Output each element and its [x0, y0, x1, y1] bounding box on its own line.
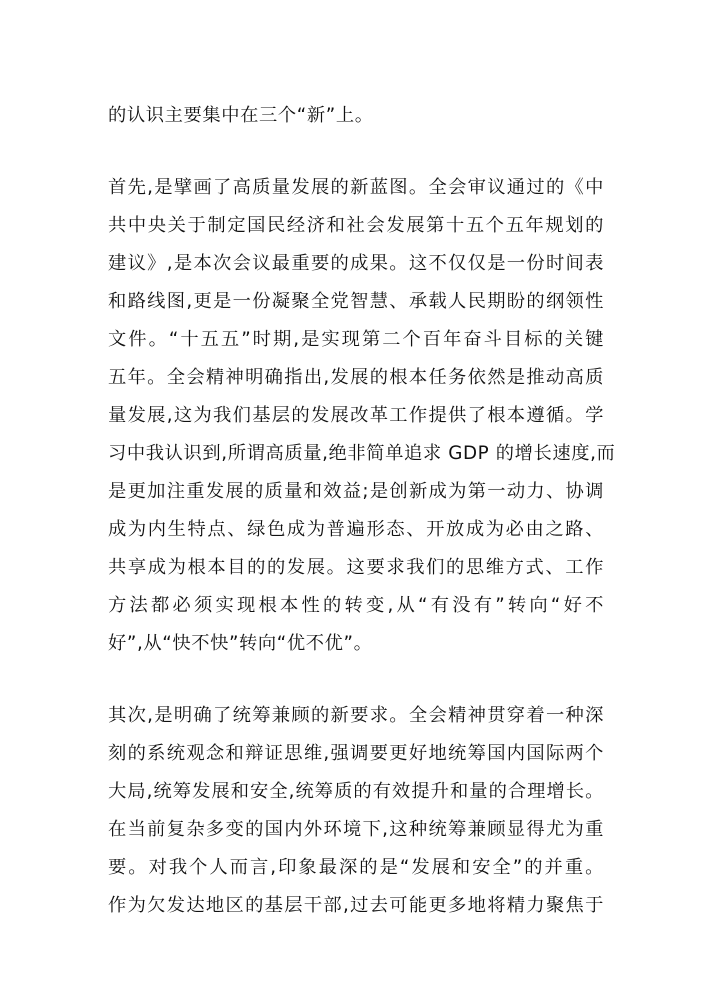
text-line: 共享成为根本目的的发展。这要求我们的思维方式、工作	[108, 549, 604, 587]
text-line: 要。对我个人而言,印象最深的是“发展和安全”的并重。	[108, 849, 604, 887]
text-line: 量发展,这为我们基层的发展改革工作提供了根本遵循。学	[108, 397, 604, 435]
paragraph-gap	[108, 663, 604, 697]
text-line: 大局,统筹发展和安全,统筹质的有效提升和量的合理增长。	[108, 773, 604, 811]
document-page: 的认识主要集中在三个“新”上。 首先,是擘画了高质量发展的新蓝图。全会审议通过的…	[108, 97, 604, 925]
text-line: 作为欠发达地区的基层干部,过去可能更多地将精力聚焦于	[108, 887, 604, 925]
text-line: 方法都必须实现根本性的转变,从“有没有”转向“好不	[108, 587, 604, 625]
text-line: 在当前复杂多变的国内外环境下,这种统筹兼顾显得尤为重	[108, 811, 604, 849]
text-line: 五年。全会精神明确指出,发展的根本任务依然是推动高质	[108, 359, 604, 397]
text-line: 共中央关于制定国民经济和社会发展第十五个五年规划的	[108, 207, 604, 245]
text-line: 建议》,是本次会议最重要的成果。这不仅仅是一份时间表	[108, 245, 604, 283]
text-line: 的认识主要集中在三个“新”上。	[108, 97, 604, 135]
paragraph-second-point: 其次,是明确了统筹兼顾的新要求。全会精神贯穿着一种深 刻的系统观念和辩证思维,强…	[108, 697, 604, 925]
text-line: 好”,从“快不快”转向“优不优”。	[108, 625, 604, 663]
paragraph-gap	[108, 135, 604, 169]
text-line: 是更加注重发展的质量和效益;是创新成为第一动力、协调	[108, 473, 604, 511]
text-line: 首先,是擘画了高质量发展的新蓝图。全会审议通过的《中	[108, 169, 604, 207]
text-line: 成为内生特点、绿色成为普遍形态、开放成为必由之路、	[108, 511, 604, 549]
paragraph-intro-tail: 的认识主要集中在三个“新”上。	[108, 97, 604, 135]
text-line: 文件。“十五五”时期,是实现第二个百年奋斗目标的关键	[108, 321, 604, 359]
paragraph-first-point: 首先,是擘画了高质量发展的新蓝图。全会审议通过的《中 共中央关于制定国民经济和社…	[108, 169, 604, 663]
text-line: 习中我认识到,所谓高质量,绝非简单追求 GDP 的增长速度,而	[108, 435, 604, 473]
text-line: 其次,是明确了统筹兼顾的新要求。全会精神贯穿着一种深	[108, 697, 604, 735]
text-line: 刻的系统观念和辩证思维,强调要更好地统筹国内国际两个	[108, 735, 604, 773]
text-line: 和路线图,更是一份凝聚全党智慧、承载人民期盼的纲领性	[108, 283, 604, 321]
